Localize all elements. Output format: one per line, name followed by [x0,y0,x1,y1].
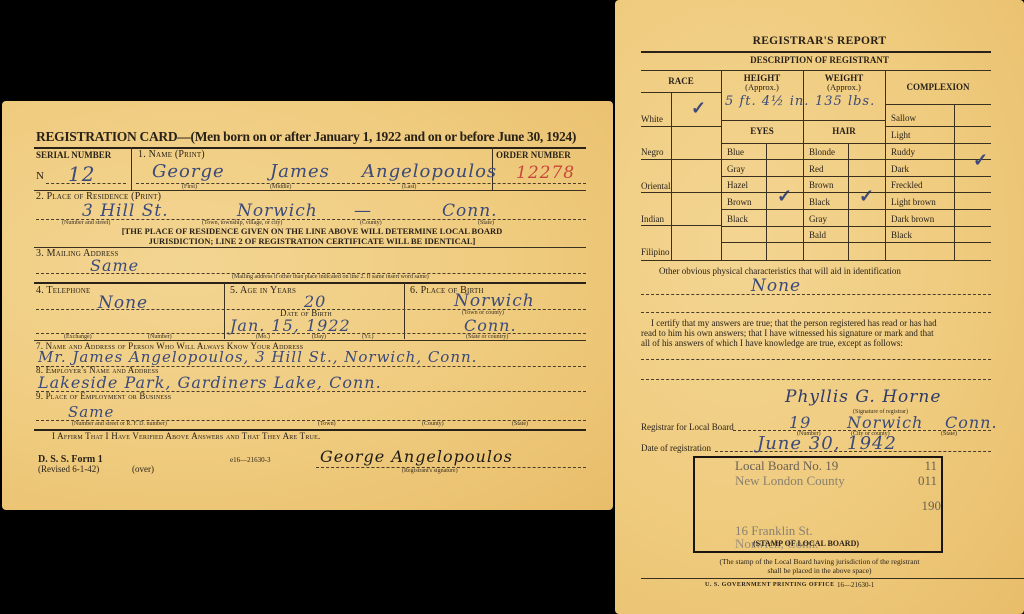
date-of-registration-value: June 30, 1942 [757,433,897,454]
race-filipino: Filipino [641,247,670,257]
weight-sub: (Approx.) [803,82,885,92]
complexion-sallow: Sallow [891,113,916,123]
complexion-light: Light [891,130,911,140]
board-state: Conn. [945,413,998,432]
hair-check-icon: ✓ [859,186,874,207]
name-label: 1. Name (Print) [138,149,205,160]
print-code: e16—21630-3 [230,456,270,464]
certify-line-1: I certify that my answers are true; that… [651,318,937,328]
affirmation-text: I Affirm That I Have Verified Above Answ… [52,431,320,441]
certify-line-3: all of his answers of which I have knowl… [641,338,903,348]
back-print-code: 16—21630-1 [837,581,874,589]
stamp-label: (STAMP OF LOCAL BOARD) [753,539,859,548]
complexion-dark: Dark [891,164,909,174]
over-note: (over) [132,464,154,474]
telephone-value: None [98,293,148,313]
race-negro: Negro [641,147,664,157]
order-number-value: 12278 [516,163,575,183]
emp-state-sublabel: (State) [512,421,528,427]
employer-value: Lakeside Park, Gardiners Lake, Conn. [38,373,382,392]
complexion-ruddy: Ruddy [891,147,915,157]
description-subtitle: DESCRIPTION OF REGISTRANT [615,55,1024,65]
hair-gray: Gray [809,214,827,224]
local-board-stamp: Local Board No. 19 New London County 11 … [693,456,943,553]
telephone-label: 4. Telephone [36,285,91,296]
height-value: 5 ft. 4½ in. [725,94,809,109]
stamp-code-2: 011 [918,473,937,489]
stamp-code-3: 190 [922,498,942,514]
board-city: Norwich [847,413,923,432]
emp-county-sublabel: (County) [422,421,444,427]
sub-state: (State) [941,431,957,437]
stamp-line-1: Local Board No. 19 [735,458,838,474]
hair-brown: Brown [809,180,834,190]
other-characteristics-label: Other obvious physical characteristics t… [659,266,901,276]
complexion-light-brown: Light brown [891,197,936,207]
complexion-check-icon: ✓ [973,150,988,171]
form-revised: (Revised 6-1-42) [38,464,99,474]
order-number-label: ORDER NUMBER [496,150,571,160]
eyes-header: EYES [721,126,803,136]
stamp-line-2: New London County [735,473,845,489]
residence-town: Norwich [237,201,318,221]
residence-state: Conn. [442,201,498,221]
registrars-report-back: REGISTRAR'S REPORT DESCRIPTION OF REGIST… [615,0,1024,614]
race-header: RACE [641,76,721,86]
date-of-registration-label: Date of registration [641,443,711,453]
hair-bald: Bald [809,230,826,240]
eyes-blue: Blue [727,147,744,157]
signature-sublabel: (Registrant's signature) [402,468,458,474]
serial-number-label: SERIAL NUMBER [36,150,111,160]
age-label: 5. Age in Years [230,285,296,296]
place-of-employment-label: 9. Place of Employment or Business [36,391,171,401]
complexion-header: COMPLEXION [885,82,991,92]
residence-county: — [354,201,372,221]
complexion-freckled: Freckled [891,180,923,190]
registrant-signature: George Angelopoulos [320,447,513,466]
eyes-black: Black [727,214,748,224]
stamp-note-1: (The stamp of the Local Board having jur… [615,557,1024,566]
eyes-gray: Gray [727,164,745,174]
contact-person-value: Mr. James Angelopoulos, 3 Hill St., Norw… [38,348,477,366]
other-characteristics-value: None [751,276,801,296]
jurisdiction-notice-1: [THE PLACE OF RESIDENCE GIVEN ON THE LIN… [36,226,588,236]
board-number: 19 [789,413,811,432]
place-of-employment-value: Same [68,403,114,421]
printing-office: U. S. GOVERNMENT PRINTING OFFICE [705,582,835,588]
registrar-for-label: Registrar for Local Board [641,422,734,432]
report-title: REGISTRAR'S REPORT [615,35,1024,47]
first-name-value: George [152,161,225,182]
race-oriental: Oriental [641,181,671,191]
complexion-black: Black [891,230,912,240]
hair-blonde: Blonde [809,147,835,157]
hair-black: Black [809,197,830,207]
emp-town-sublabel: (Town) [318,421,336,427]
complexion-dark-brown: Dark brown [891,214,934,224]
residence-street: 3 Hill St. [82,201,169,221]
card-title: REGISTRATION CARD—(Men born on or after … [36,129,576,145]
height-sub: (Approx.) [721,82,803,92]
race-indian: Indian [641,214,664,224]
jurisdiction-notice-2: JURISDICTION; LINE 2 OF REGISTRATION CER… [36,236,588,246]
serial-prefix: N [36,170,44,182]
mailing-sublabel: (Mailing address if other than place ind… [232,274,429,280]
weight-value: 135 lbs. [815,94,875,109]
eyes-hazel: Hazel [727,180,748,190]
registrar-signature: Phyllis G. Horne [785,387,941,407]
stamp-code-1: 11 [924,458,937,474]
race-white: White [641,114,663,124]
registration-card-front: REGISTRATION CARD—(Men born on or after … [2,101,613,510]
eyes-check-icon: ✓ [777,186,792,207]
emp-street-sublabel: (Number and street or R. F. D. number) [72,421,167,427]
eyes-brown: Brown [727,197,752,207]
hair-header: HAIR [803,126,885,136]
stamp-note-2: shall be placed in the above space) [615,566,1024,575]
middle-name-value: James [270,161,330,182]
hair-red: Red [809,164,824,174]
serial-number-value: 12 [68,162,95,186]
certify-line-2: read to him his own answers; that I have… [641,328,934,338]
last-name-value: Angelopoulos [362,161,497,182]
race-check-icon: ✓ [691,98,706,119]
birth-town-value: Norwich [454,291,535,311]
